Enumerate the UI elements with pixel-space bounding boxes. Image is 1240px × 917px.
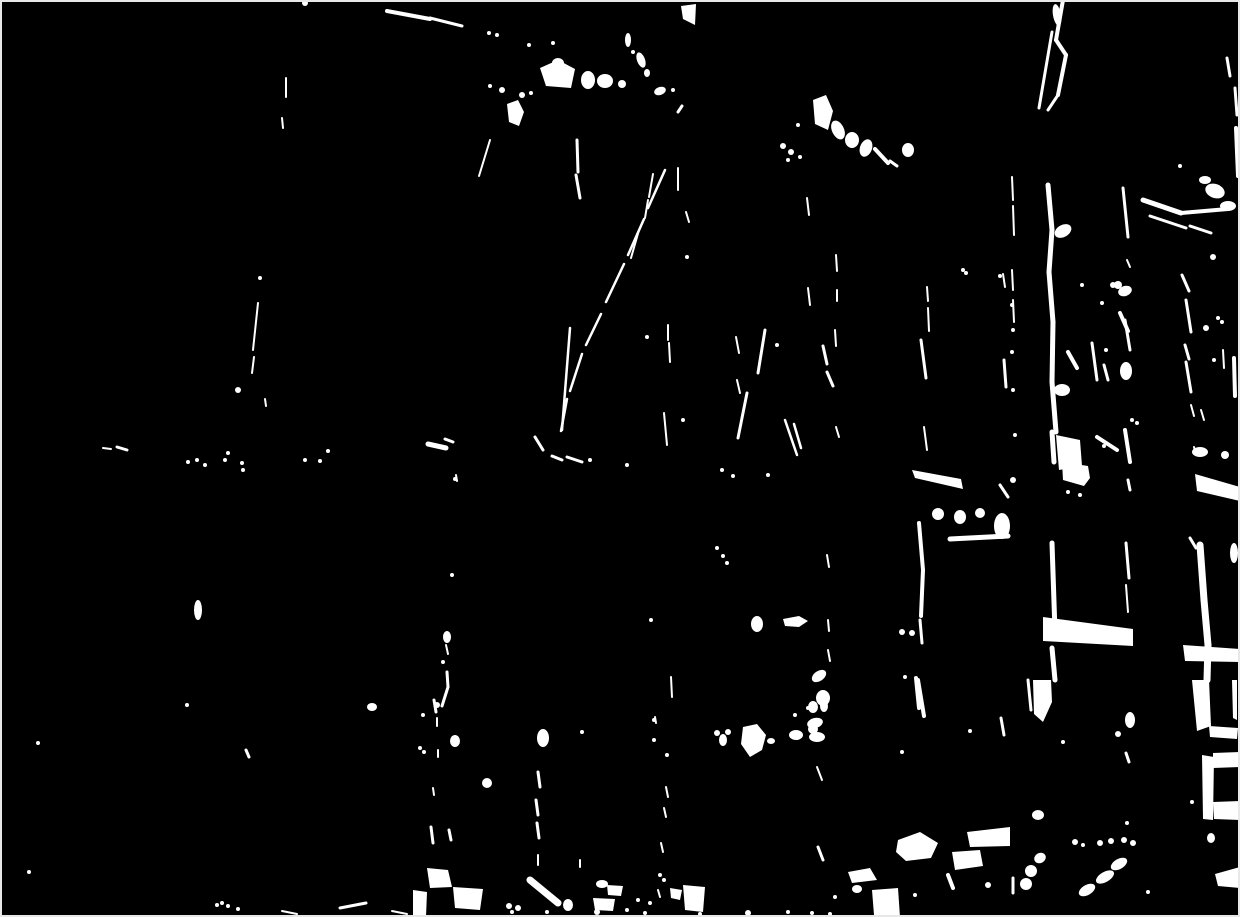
image-canvas [0, 0, 1240, 917]
binarized-photo-figure [0, 0, 1240, 917]
